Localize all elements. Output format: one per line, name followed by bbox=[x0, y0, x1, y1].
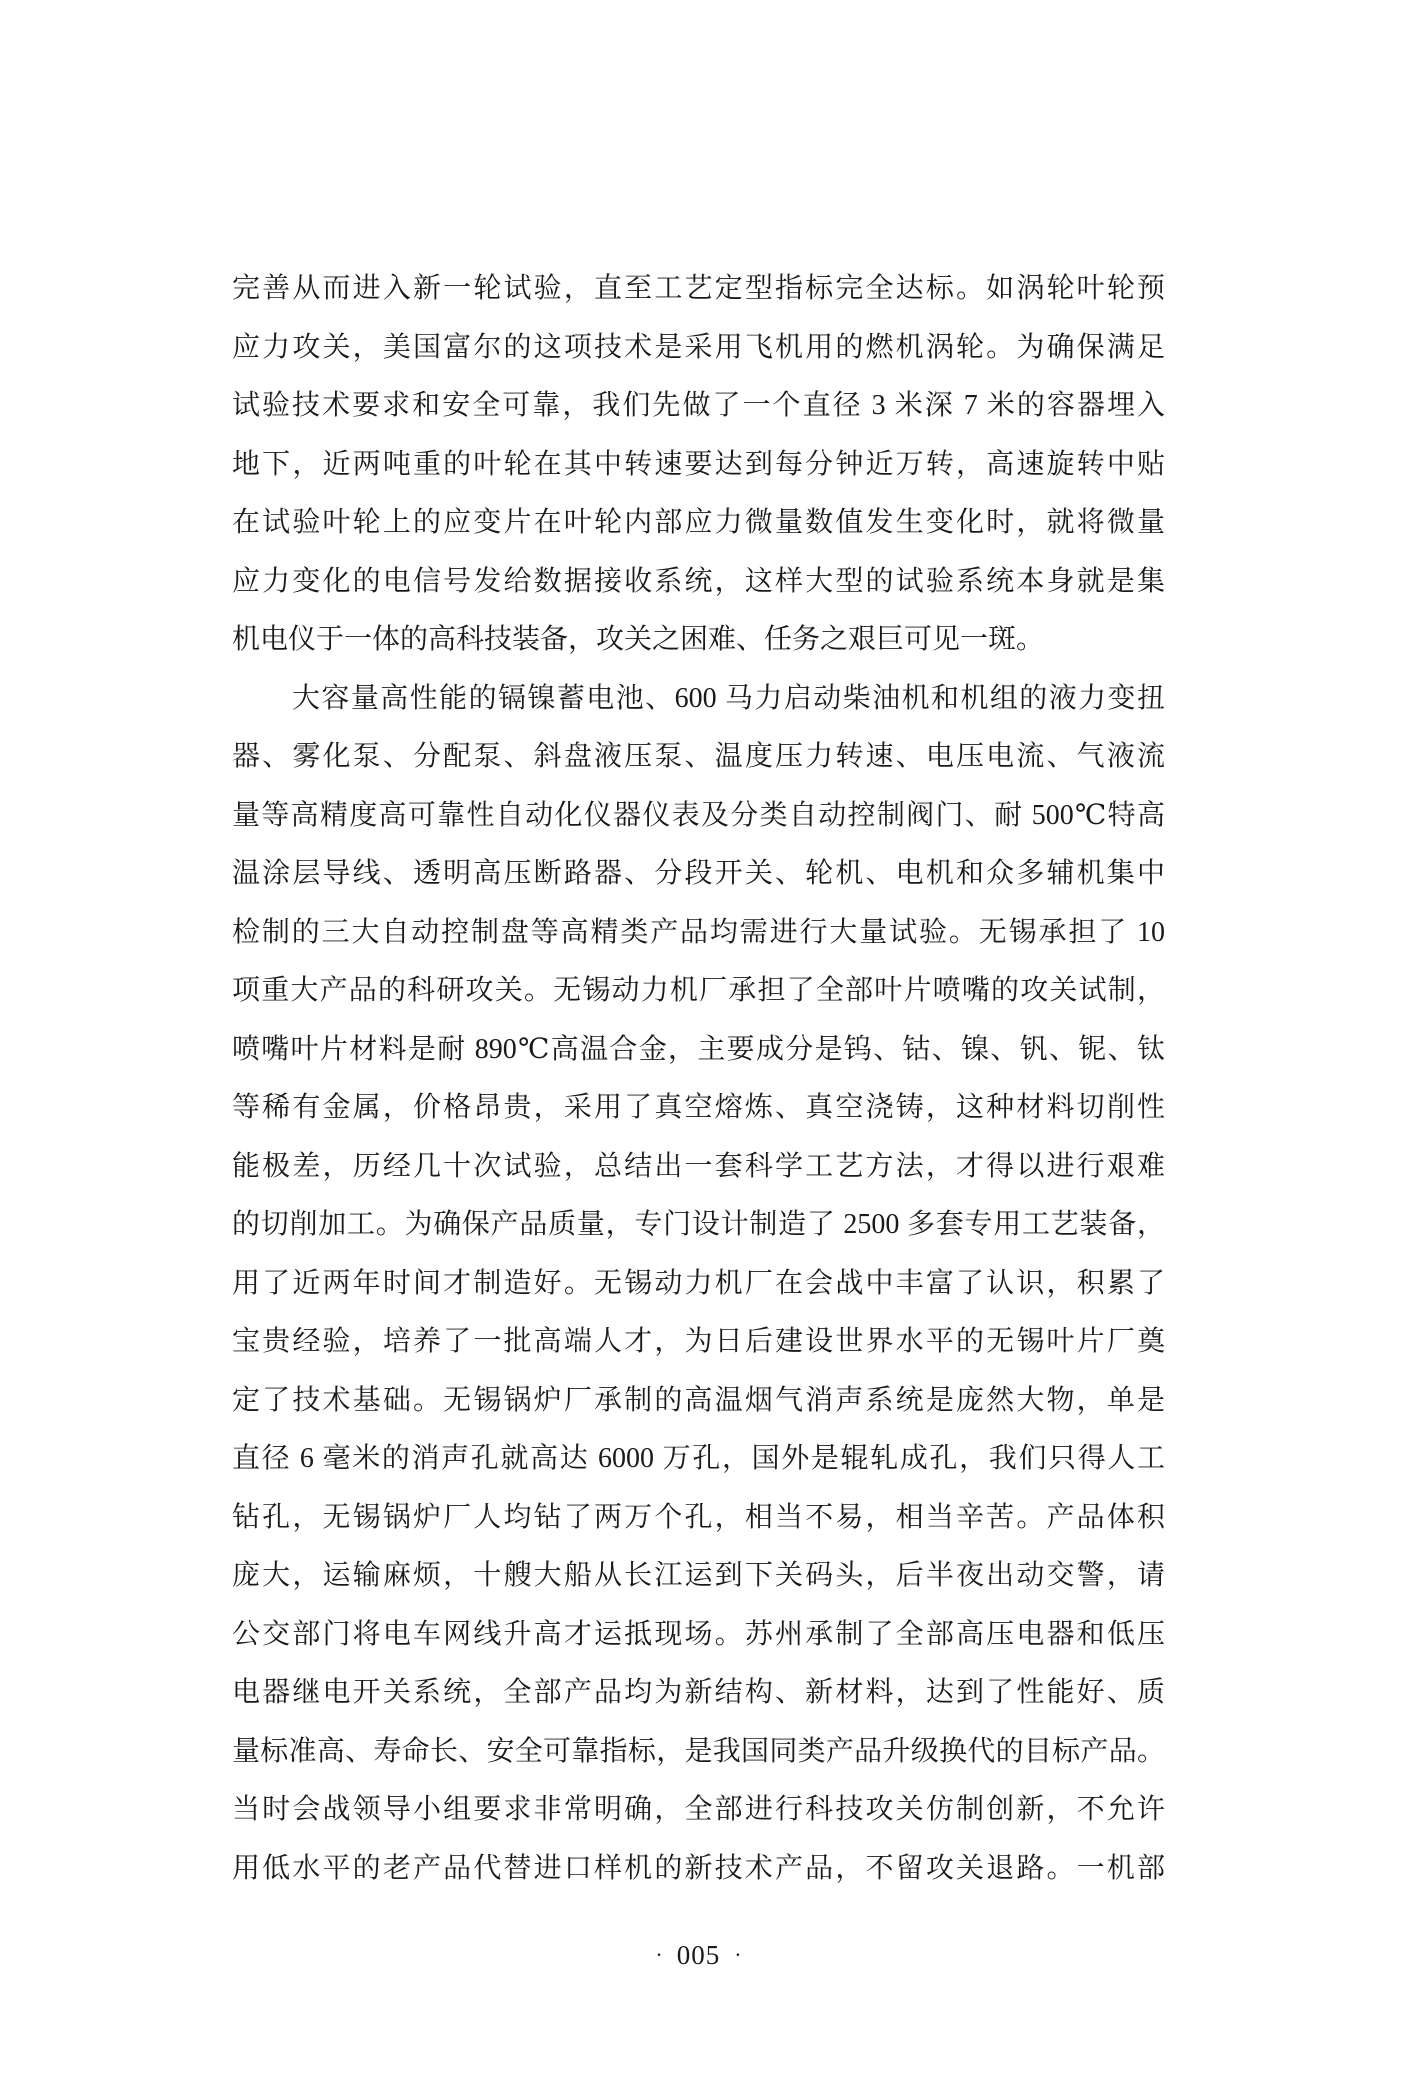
text-line: 能极差，历经几十次试验，总结出一套科学工艺方法，才得以进行艰难 bbox=[232, 1138, 1165, 1197]
text-line: 庞大，运输麻烦，十艘大船从长江运到下关码头，后半夜出动交警，请 bbox=[232, 1547, 1165, 1606]
text-line: 在试验叶轮上的应变片在叶轮内部应力微量数值发生变化时，就将微量 bbox=[232, 494, 1165, 553]
text-line: 电器继电开关系统，全部产品均为新结构、新材料，达到了性能好、质 bbox=[232, 1664, 1165, 1723]
text-line: 用低水平的老产品代替进口样机的新技术产品，不留攻关退路。一机部 bbox=[232, 1840, 1165, 1899]
text-line: 宝贵经验，培养了一批高端人才，为日后建设世界水平的无锡叶片厂奠 bbox=[232, 1313, 1165, 1372]
text-line: 器、雾化泵、分配泵、斜盘液压泵、温度压力转速、电压电流、气液流 bbox=[232, 728, 1165, 787]
text-line: 温涂层导线、透明高压断路器、分段开关、轮机、电机和众多辅机集中 bbox=[232, 845, 1165, 904]
text-line: 喷嘴叶片材料是耐 890℃高温合金，主要成分是钨、钴、镍、钒、铌、钛 bbox=[232, 1021, 1165, 1080]
text-line: 定了技术基础。无锡锅炉厂承制的高温烟气消声系统是庞然大物，单是 bbox=[232, 1372, 1165, 1431]
text-line: 检制的三大自动控制盘等高精类产品均需进行大量试验。无锡承担了 10 bbox=[232, 904, 1165, 963]
text-line: 完善从而进入新一轮试验，直至工艺定型指标完全达标。如涡轮叶轮预 bbox=[232, 260, 1165, 319]
text-line: 项重大产品的科研攻关。无锡动力机厂承担了全部叶片喷嘴的攻关试制， bbox=[232, 962, 1165, 1021]
text-line: 等稀有金属，价格昂贵，采用了真空熔炼、真空浇铸，这种材料切削性 bbox=[232, 1079, 1165, 1138]
page-number: 005 bbox=[677, 1940, 721, 1970]
text-line: 公交部门将电车网线升高才运抵现场。苏州承制了全部高压电器和低压 bbox=[232, 1606, 1165, 1665]
text-line: 应力变化的电信号发给数据接收系统，这样大型的试验系统本身就是集 bbox=[232, 553, 1165, 612]
text-line: 大容量高性能的镉镍蓄电池、600 马力启动柴油机和机组的液力变扭 bbox=[232, 670, 1165, 729]
text-line: 应力攻关，美国富尔的这项技术是采用飞机用的燃机涡轮。为确保满足 bbox=[232, 319, 1165, 378]
text-line: 当时会战领导小组要求非常明确，全部进行科技攻关仿制创新，不允许 bbox=[232, 1781, 1165, 1840]
text-line: 的切削加工。为确保产品质量，专门设计制造了 2500 多套专用工艺装备， bbox=[232, 1196, 1165, 1255]
text-line: 直径 6 毫米的消声孔就高达 6000 万孔，国外是辊轧成孔，我们只得人工 bbox=[232, 1430, 1165, 1489]
page-footer: ·005· bbox=[232, 1940, 1165, 1971]
footer-dot-right: · bbox=[734, 1942, 741, 1967]
text-line: 机电仪于一体的高科技装备，攻关之困难、任务之艰巨可见一斑。 bbox=[232, 611, 1165, 670]
text-line: 量等高精度高可靠性自动化仪器仪表及分类自动控制阀门、耐 500℃特高 bbox=[232, 787, 1165, 846]
page: 完善从而进入新一轮试验，直至工艺定型指标完全达标。如涡轮叶轮预应力攻关，美国富尔… bbox=[0, 0, 1426, 2095]
text-line: 地下，近两吨重的叶轮在其中转速要达到每分钟近万转，高速旋转中贴 bbox=[232, 436, 1165, 495]
footer-dot-left: · bbox=[655, 1942, 662, 1967]
text-block: 完善从而进入新一轮试验，直至工艺定型指标完全达标。如涡轮叶轮预应力攻关，美国富尔… bbox=[232, 260, 1165, 1898]
text-line: 量标准高、寿命长、安全可靠指标，是我国同类产品升级换代的目标产品。 bbox=[232, 1723, 1165, 1782]
text-line: 试验技术要求和安全可靠，我们先做了一个直径 3 米深 7 米的容器埋入 bbox=[232, 377, 1165, 436]
text-line: 用了近两年时间才制造好。无锡动力机厂在会战中丰富了认识，积累了 bbox=[232, 1255, 1165, 1314]
text-line: 钻孔，无锡锅炉厂人均钻了两万个孔，相当不易，相当辛苦。产品体积 bbox=[232, 1489, 1165, 1548]
